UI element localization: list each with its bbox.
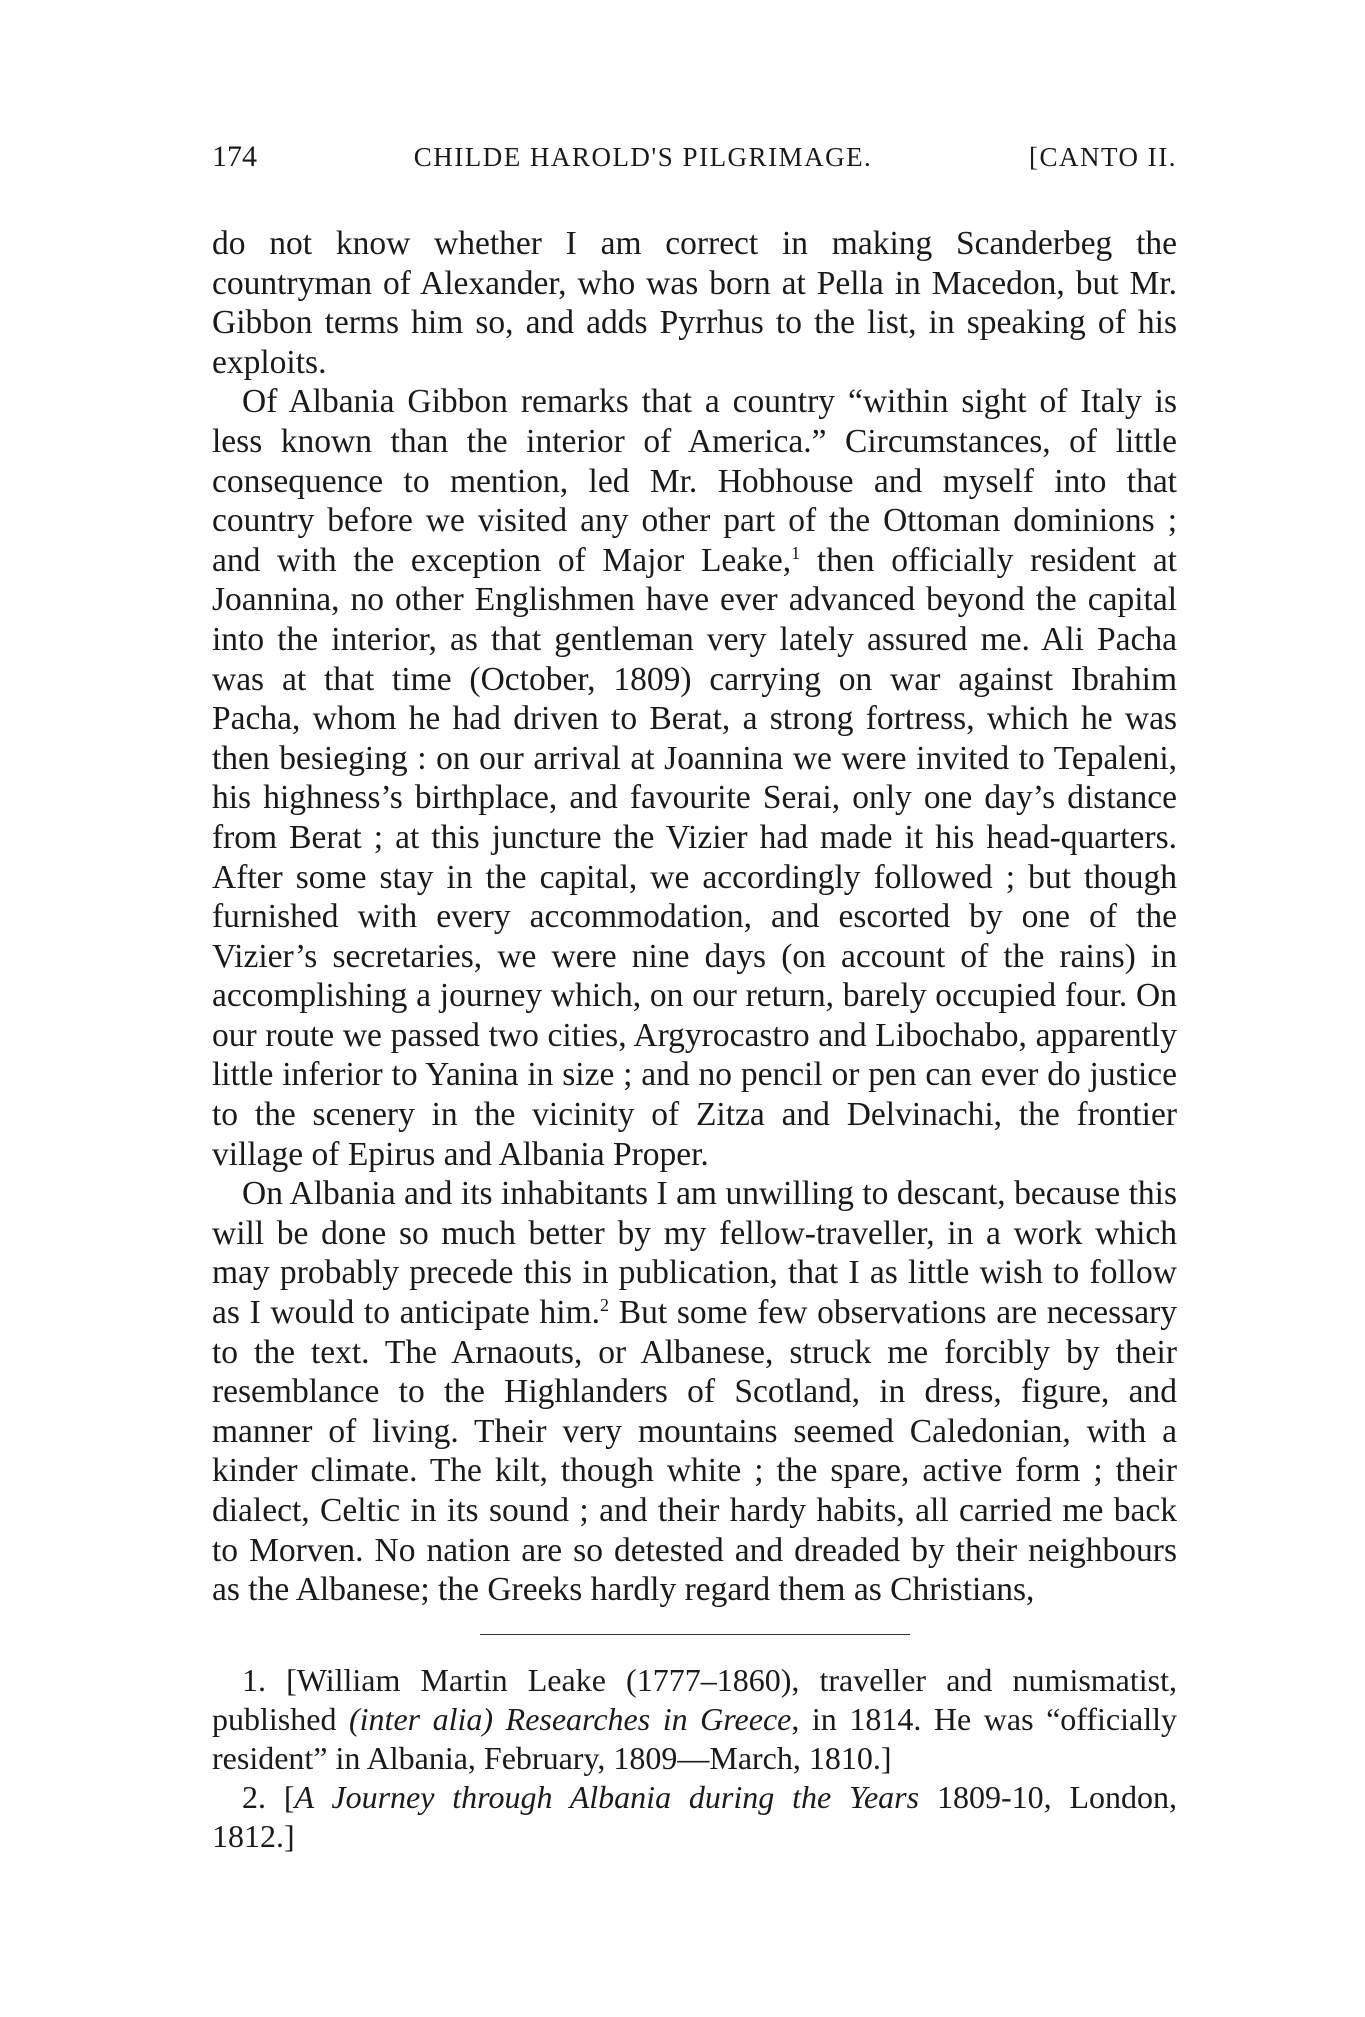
footnote-text: [: [284, 1779, 295, 1815]
footnote-number: 2.: [242, 1779, 266, 1815]
footnote-italic: A Journey through Albania during the Yea…: [295, 1779, 920, 1815]
body-text: do not know whether I am correct in maki…: [212, 224, 1177, 1610]
footnote-divider: [480, 1634, 910, 1635]
footnotes: 1. [William Martin Leake (1777–1860), tr…: [212, 1661, 1177, 1856]
footnote-number: 1.: [242, 1662, 266, 1698]
paragraph: Of Albania Gibbon remarks that a country…: [212, 382, 1177, 1174]
running-head: 174 CHILDE HAROLD'S PILGRIMAGE. [CANTO I…: [212, 140, 1177, 200]
running-title: CHILDE HAROLD'S PILGRIMAGE.: [414, 142, 873, 173]
paragraph-text: then officially resident at Joannina, no…: [212, 542, 1177, 1173]
canto-label: [CANTO II.: [1029, 142, 1177, 173]
footnote-italic: (inter alia) Researches in Greece: [349, 1701, 791, 1737]
paragraph: On Albania and its inhabitants I am unwi…: [212, 1174, 1177, 1610]
footnote: 1. [William Martin Leake (1777–1860), tr…: [212, 1661, 1177, 1778]
page-number: 174: [212, 140, 257, 174]
paragraph: do not know whether I am correct in maki…: [212, 224, 1177, 382]
book-page: 174 CHILDE HAROLD'S PILGRIMAGE. [CANTO I…: [212, 140, 1177, 1856]
paragraph-text: But some few observations are necessary …: [212, 1294, 1177, 1608]
footnote-ref[interactable]: 1: [791, 543, 800, 563]
paragraph-text: do not know whether I am correct in maki…: [212, 225, 1177, 381]
footnote: 2. [A Journey through Albania during the…: [212, 1778, 1177, 1856]
footnote-ref[interactable]: 2: [600, 1295, 609, 1315]
